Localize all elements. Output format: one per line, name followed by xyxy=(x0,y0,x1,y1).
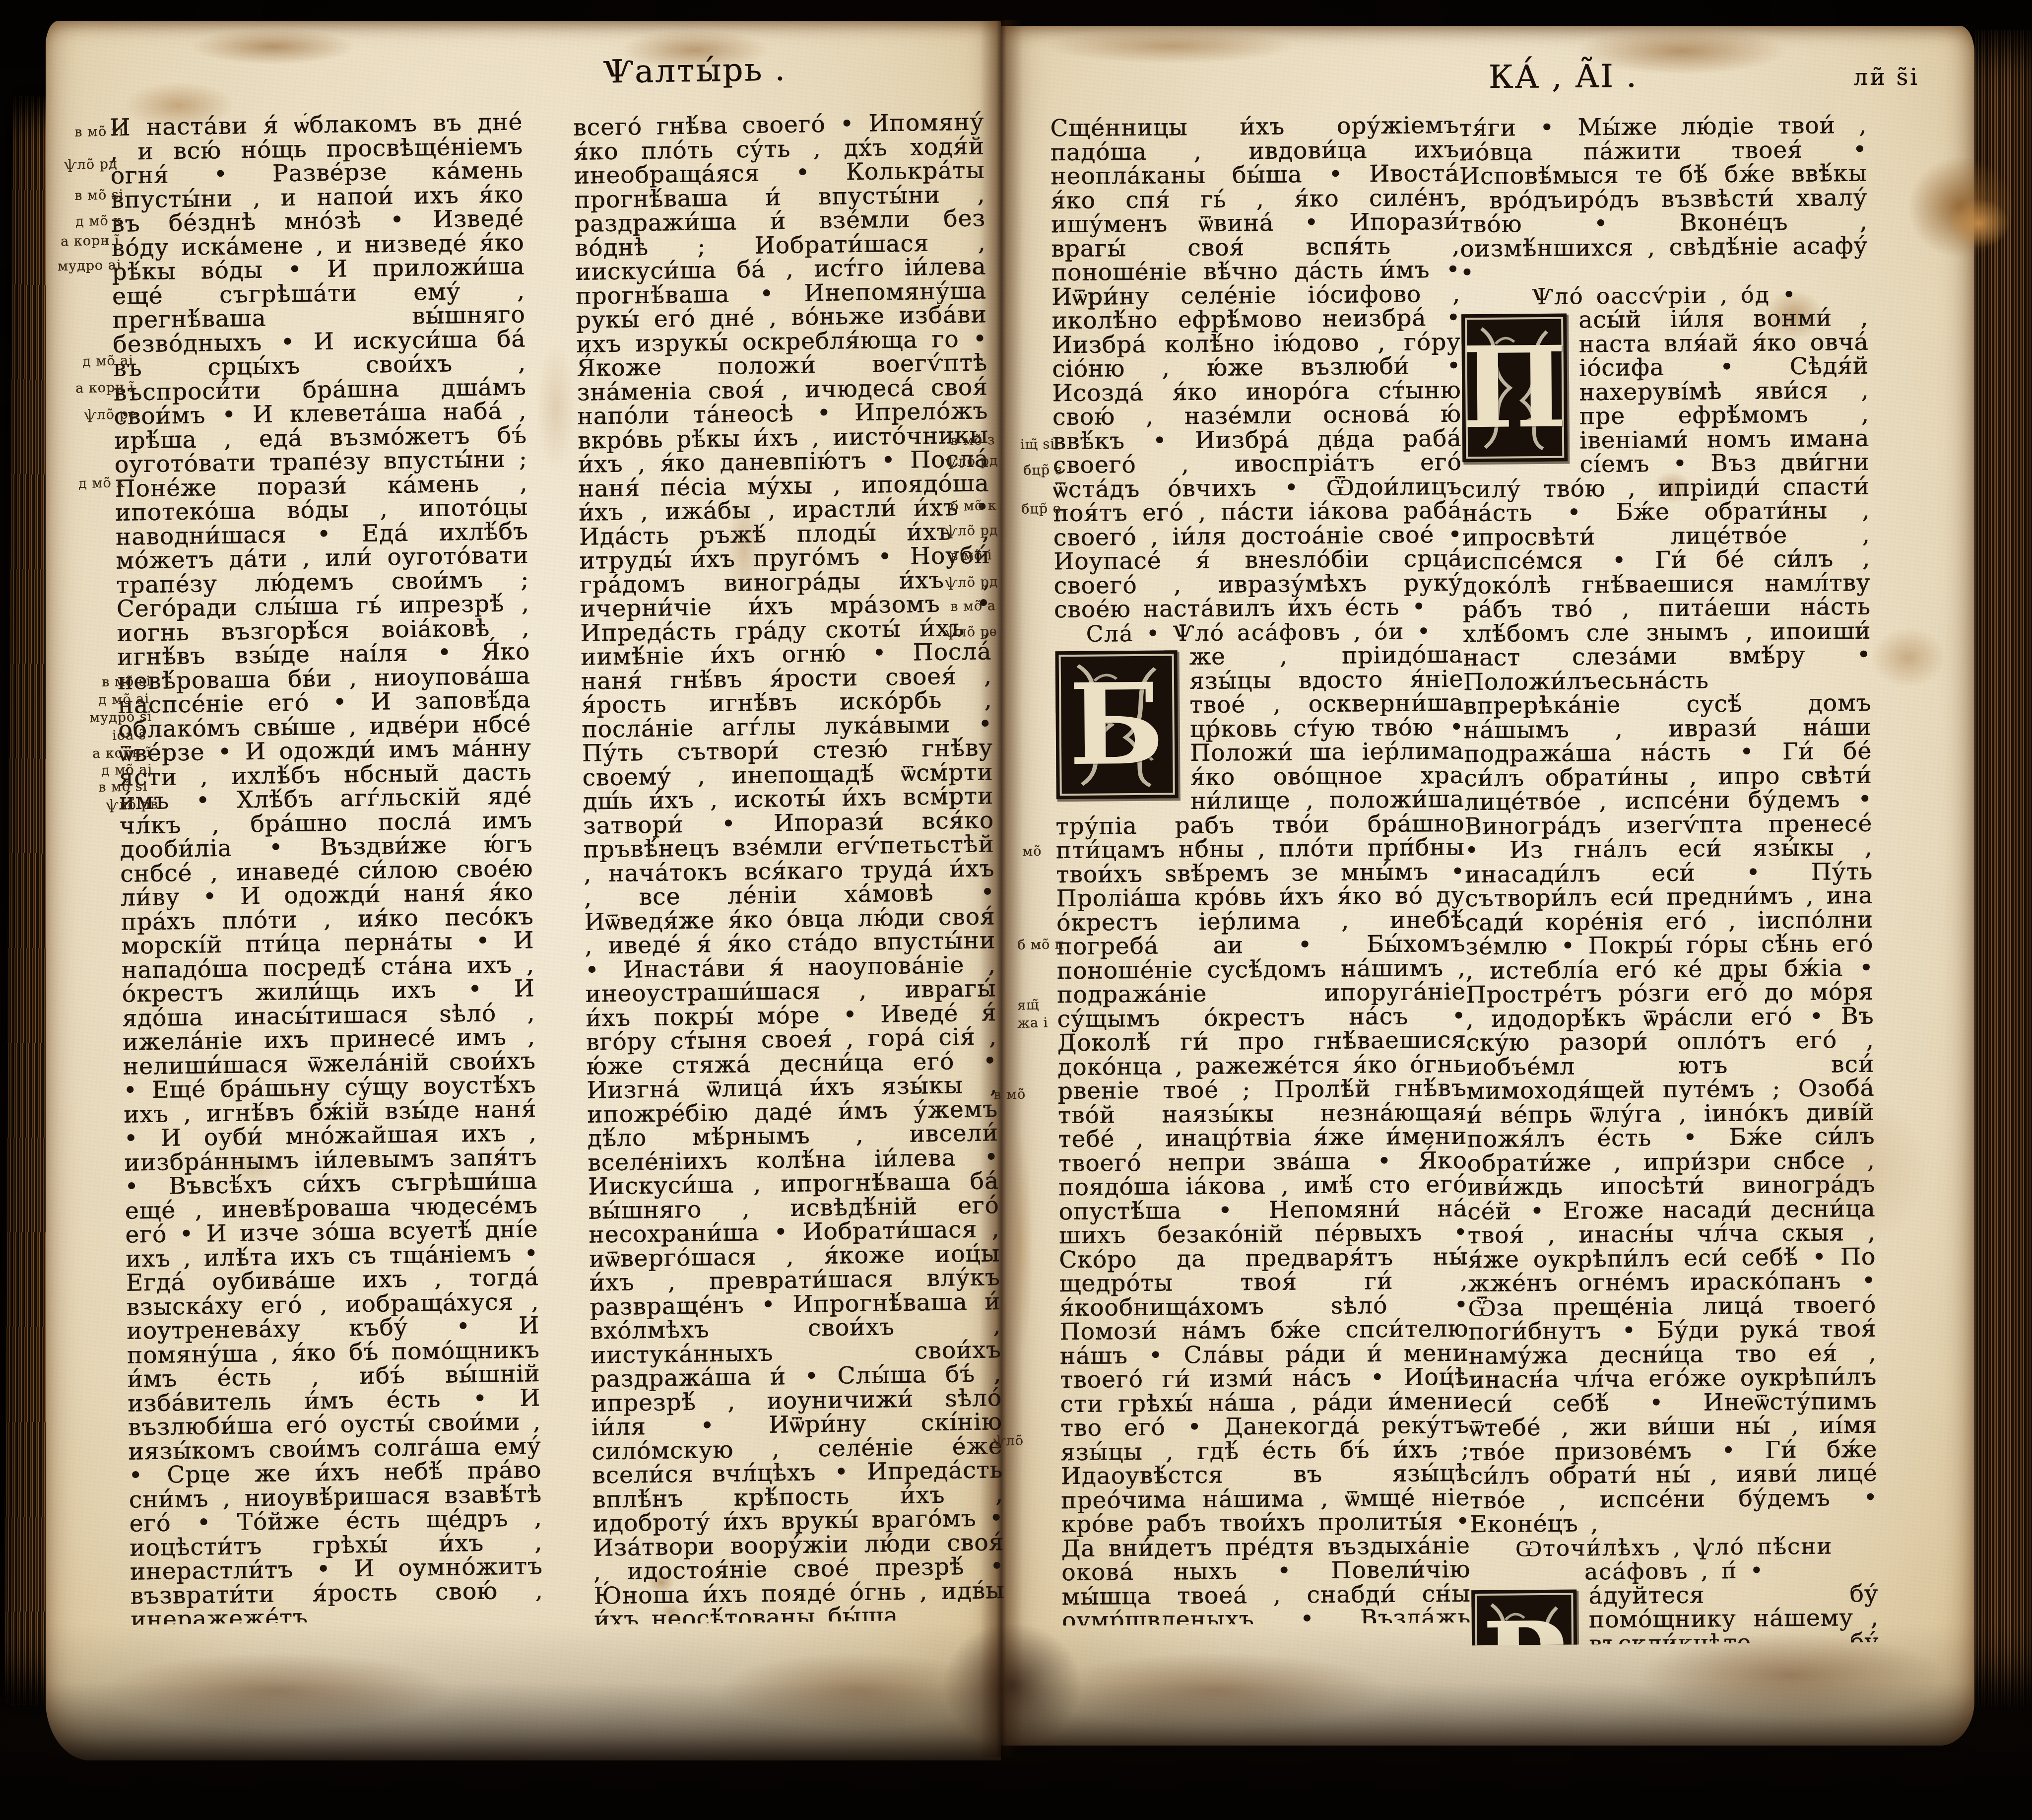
margin-reference-note: в мо̃ з xyxy=(950,432,995,449)
open-book-photo: Ѱалты́рь . КА́ , А̃І . ли̃ ѕ̃і И наста́в… xyxy=(0,0,2032,1820)
page-block-fore-edge-right xyxy=(1974,30,2032,1707)
margin-reference-note: ѱло̃ рд xyxy=(65,156,118,173)
psalm-paragraph: Сще́нницы и́хъ ору́жіемъ падо́ша , ивдов… xyxy=(1050,114,1463,622)
margin-reference-note: б мо̃ п xyxy=(1017,937,1064,953)
margin-reference-note: ѱло̃ рд xyxy=(945,523,998,539)
margin-reference-note: мо̃ xyxy=(1022,844,1042,860)
drop-cap-letter: Б xyxy=(1068,669,1165,781)
margin-reference-note: ящ̃ xyxy=(1017,998,1040,1013)
margin-reference-note: д мо̃ к xyxy=(75,213,123,229)
margin-reference-note: в мо̃ і xyxy=(950,547,992,564)
folio-signature-mark: ли̃ ѕ̃і xyxy=(1853,64,1919,90)
margin-reference-note: іщ̃ ѕі xyxy=(1020,436,1055,452)
woodcut-drop-cap: Р xyxy=(1471,1589,1577,1645)
psalm-paragraph: И наста́ви я́ ѡ́блакомъ въ дне́ , и всю́… xyxy=(110,110,543,1624)
margin-reference-note: а корн і̃ xyxy=(61,233,120,249)
psalm-paragraph: Ра́дуйтеся бу́ помо́щнику на́шему , въск… xyxy=(1470,1582,1879,1645)
margin-reference-note: в мо̃ ѕі xyxy=(98,779,148,795)
margin-reference-note: а корн і̃ xyxy=(75,380,134,396)
margin-reference-note: д мо̃ аі xyxy=(98,691,149,708)
margin-reference-note: в мо̃ а xyxy=(950,598,996,614)
text-column-left-1: И наста́ви я́ ѡ́блакомъ въ дне́ , и всю́… xyxy=(110,110,543,1624)
margin-reference-note: жа і xyxy=(1017,1015,1049,1031)
psalm-paragraph: Бже , пріидо́ша язы́цы вдосто я́ніе твое… xyxy=(1054,643,1470,1625)
margin-reference-note: ѱло̃ рд xyxy=(945,574,998,591)
margin-reference-note: ѱло̃ рѳ xyxy=(945,624,997,640)
margin-reference-note: д мо̃ аі xyxy=(101,762,152,778)
margin-reference-note: мудро ѕі xyxy=(89,709,152,726)
margin-reference-note: ѱло̃ ре xyxy=(84,406,137,423)
drop-cap-letter: Р xyxy=(1482,1608,1567,1646)
margin-reference-note: в мо̃ ѕі xyxy=(74,187,124,203)
woodcut-drop-cap: П xyxy=(1461,314,1568,463)
margin-reference-note: в мо̃ гі xyxy=(74,124,124,140)
psalm-paragraph: Пасы́й іи́ля вонми́ , наста вля́ай я́ко … xyxy=(1460,306,1878,1537)
margin-reference-note: ѱло̃ xyxy=(993,1433,1024,1449)
text-column-left-2: всего́ гнѣ́ва своего́ • Ипомяну́ я́ко пл… xyxy=(573,110,1005,1624)
woodcut-drop-cap: Б xyxy=(1055,650,1179,799)
text-column-right-2: тя́ги • Мы́же лю́діе твои́ , ио́вца па́ж… xyxy=(1459,114,1879,1645)
margin-reference-note: бцр̃ е xyxy=(1021,501,1061,517)
margin-reference-note: мудро аі xyxy=(58,258,122,274)
psalm-heading: Ѡточи́лѣхъ , ѱло́ пѣ́сни аса́фовъ , п́ • xyxy=(1470,1534,1878,1585)
running-title-kathisma-right: КА́ , А̃І . xyxy=(1449,58,1678,96)
margin-reference-note: а корн і̃ xyxy=(92,745,151,761)
margin-reference-note: ѱло̃ рв xyxy=(106,797,158,813)
margin-reference-note: д мо̃ аі xyxy=(82,353,133,369)
margin-reference-note: іоа ѕ̃ xyxy=(112,727,146,743)
psalm-paragraph: тя́ги • Мы́же лю́діе твои́ , ио́вца па́ж… xyxy=(1459,114,1868,285)
running-title-left: Ѱалты́рь . xyxy=(556,51,834,91)
margin-reference-note: ѱло̃ рд xyxy=(945,453,998,470)
margin-reference-note: бцр̃ з xyxy=(1023,462,1063,478)
psalm-paragraph: всего́ гнѣ́ва своего́ • Ипомяну́ я́ко пл… xyxy=(573,110,1005,1624)
margin-reference-note: в мо̃ xyxy=(993,1086,1026,1102)
margin-reference-note: д мо̃ к xyxy=(78,475,126,491)
margin-reference-note: б мо̃ к xyxy=(950,498,997,514)
text-column-right-1: Сще́нницы и́хъ ору́жіемъ падо́ша , ивдов… xyxy=(1050,114,1471,1625)
drop-cap-letter: П xyxy=(1461,332,1568,444)
margin-reference-note: в мо̃ ѕі xyxy=(102,674,151,690)
